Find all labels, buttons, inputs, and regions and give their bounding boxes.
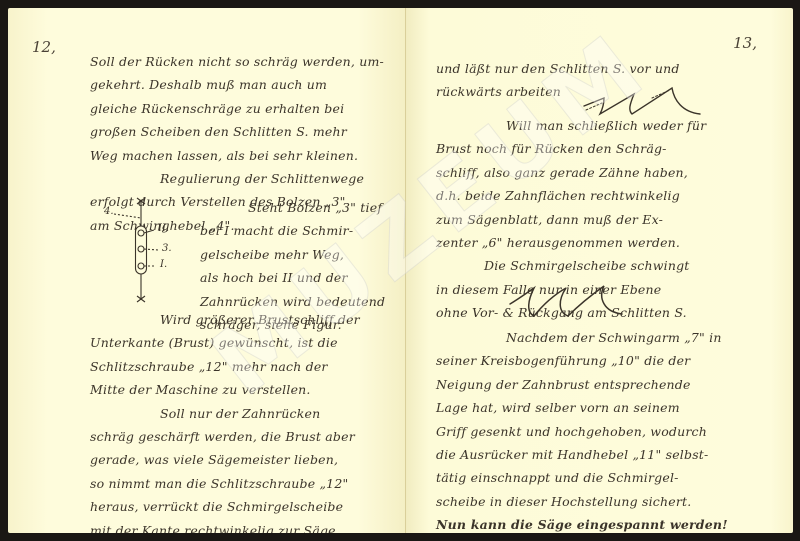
text-line: Brust noch für Rücken den Schräg- bbox=[436, 137, 706, 160]
text-line: zenter „6" herausgenommen werden. bbox=[436, 231, 706, 254]
page-number: 13, bbox=[733, 34, 757, 52]
bolt-adjustment-diagram: 4. II. 3. I. bbox=[98, 196, 208, 306]
handwritten-paragraph: Wird größerer Brustschliff der Unterkant… bbox=[90, 308, 360, 533]
text-line: Mitte der Maschine zu verstellen. bbox=[90, 378, 360, 401]
text-line: Die Schmirgelscheibe schwingt bbox=[436, 254, 706, 277]
text-line: Wird größerer Brustschliff der bbox=[90, 308, 360, 331]
right-page: 13, und läßt nur den Schlitten S. vor un… bbox=[406, 8, 793, 533]
text-line: heraus, verrückt die Schmirgelscheibe bbox=[90, 495, 360, 518]
text-line: Neigung der Zahnbrust entsprechende bbox=[436, 373, 728, 396]
text-line: scheibe in dieser Hochstellung sichert. bbox=[436, 490, 728, 513]
text-line: gerade, was viele Sägemeister lieben, bbox=[90, 448, 360, 471]
text-line: Nachdem der Schwingarm „7" in bbox=[436, 326, 728, 349]
text-line: Lage hat, wird selber vorn an seinem bbox=[436, 396, 728, 419]
text-line: großen Scheiben den Schlitten S. mehr bbox=[90, 120, 384, 143]
diagram-label: 3. bbox=[162, 243, 172, 254]
text-line: schliff, also ganz gerade Zähne haben, bbox=[436, 161, 706, 184]
text-line: so nimmt man die Schlitzschraube „12" bbox=[90, 472, 360, 495]
text-line: die Ausrücker mit Handhebel „11" selbst- bbox=[436, 443, 728, 466]
text-line: schräg geschärft werden, die Brust aber bbox=[90, 425, 360, 448]
final-instruction-line: Nun kann die Säge eingespannt werden! bbox=[436, 513, 728, 533]
text-line: Schlitzschraube „12" mehr nach der bbox=[90, 355, 360, 378]
notebook-spread: 12, Soll der Rücken nicht so schräg werd… bbox=[0, 0, 800, 541]
diagram-label: II. bbox=[158, 223, 169, 234]
text-line: gelscheibe mehr Weg, bbox=[200, 243, 385, 266]
text-line: als hoch bei II und der bbox=[200, 266, 385, 289]
diagram-label: I. bbox=[160, 259, 167, 270]
text-line: mit der Kante rechtwinkelig zur Säge bbox=[90, 519, 360, 533]
text-line: und läßt nur den Schlitten S. vor und bbox=[436, 57, 680, 80]
text-line: bei I macht die Schmir- bbox=[200, 219, 385, 242]
text-line: gleiche Rückenschräge zu erhalten bei bbox=[90, 97, 384, 120]
text-line: Soll nur der Zahnrücken bbox=[90, 402, 360, 425]
tooth-profile-sketch-beveled-icon bbox=[582, 84, 722, 118]
text-line: Weg machen lassen, als bei sehr kleinen. bbox=[90, 144, 384, 167]
lever-diagram-icon bbox=[98, 196, 208, 306]
text-line: Regulierung der Schlittenwege bbox=[90, 167, 384, 190]
text-line: Will man schließlich weder für bbox=[436, 114, 706, 137]
text-line: gekehrt. Deshalb muß man auch um bbox=[90, 73, 384, 96]
text-line: zum Sägenblatt, dann muß der Ex- bbox=[436, 208, 706, 231]
left-page: 12, Soll der Rücken nicht so schräg werd… bbox=[8, 8, 405, 533]
text-line: seiner Kreisbogenführung „10" die der bbox=[436, 349, 728, 372]
page-number: 12, bbox=[32, 38, 56, 56]
text-line: Griff gesenkt und hochgehoben, wodurch bbox=[436, 420, 728, 443]
diagram-label: 4. bbox=[104, 206, 114, 217]
text-line: Soll der Rücken nicht so schräg werden, … bbox=[90, 50, 384, 73]
text-line: Unterkante (Brust) gewünscht, ist die bbox=[90, 331, 360, 354]
text-line: d.h. beide Zahnflächen rechtwinkelig bbox=[436, 184, 706, 207]
tooth-profile-sketch-straight-icon bbox=[506, 282, 646, 322]
text-line: tätig einschnappt und die Schmirgel- bbox=[436, 466, 728, 489]
handwritten-paragraph: Nachdem der Schwingarm „7" in seiner Kre… bbox=[436, 326, 728, 533]
text-line: Steht Bolzen „3" tief bbox=[200, 196, 385, 219]
